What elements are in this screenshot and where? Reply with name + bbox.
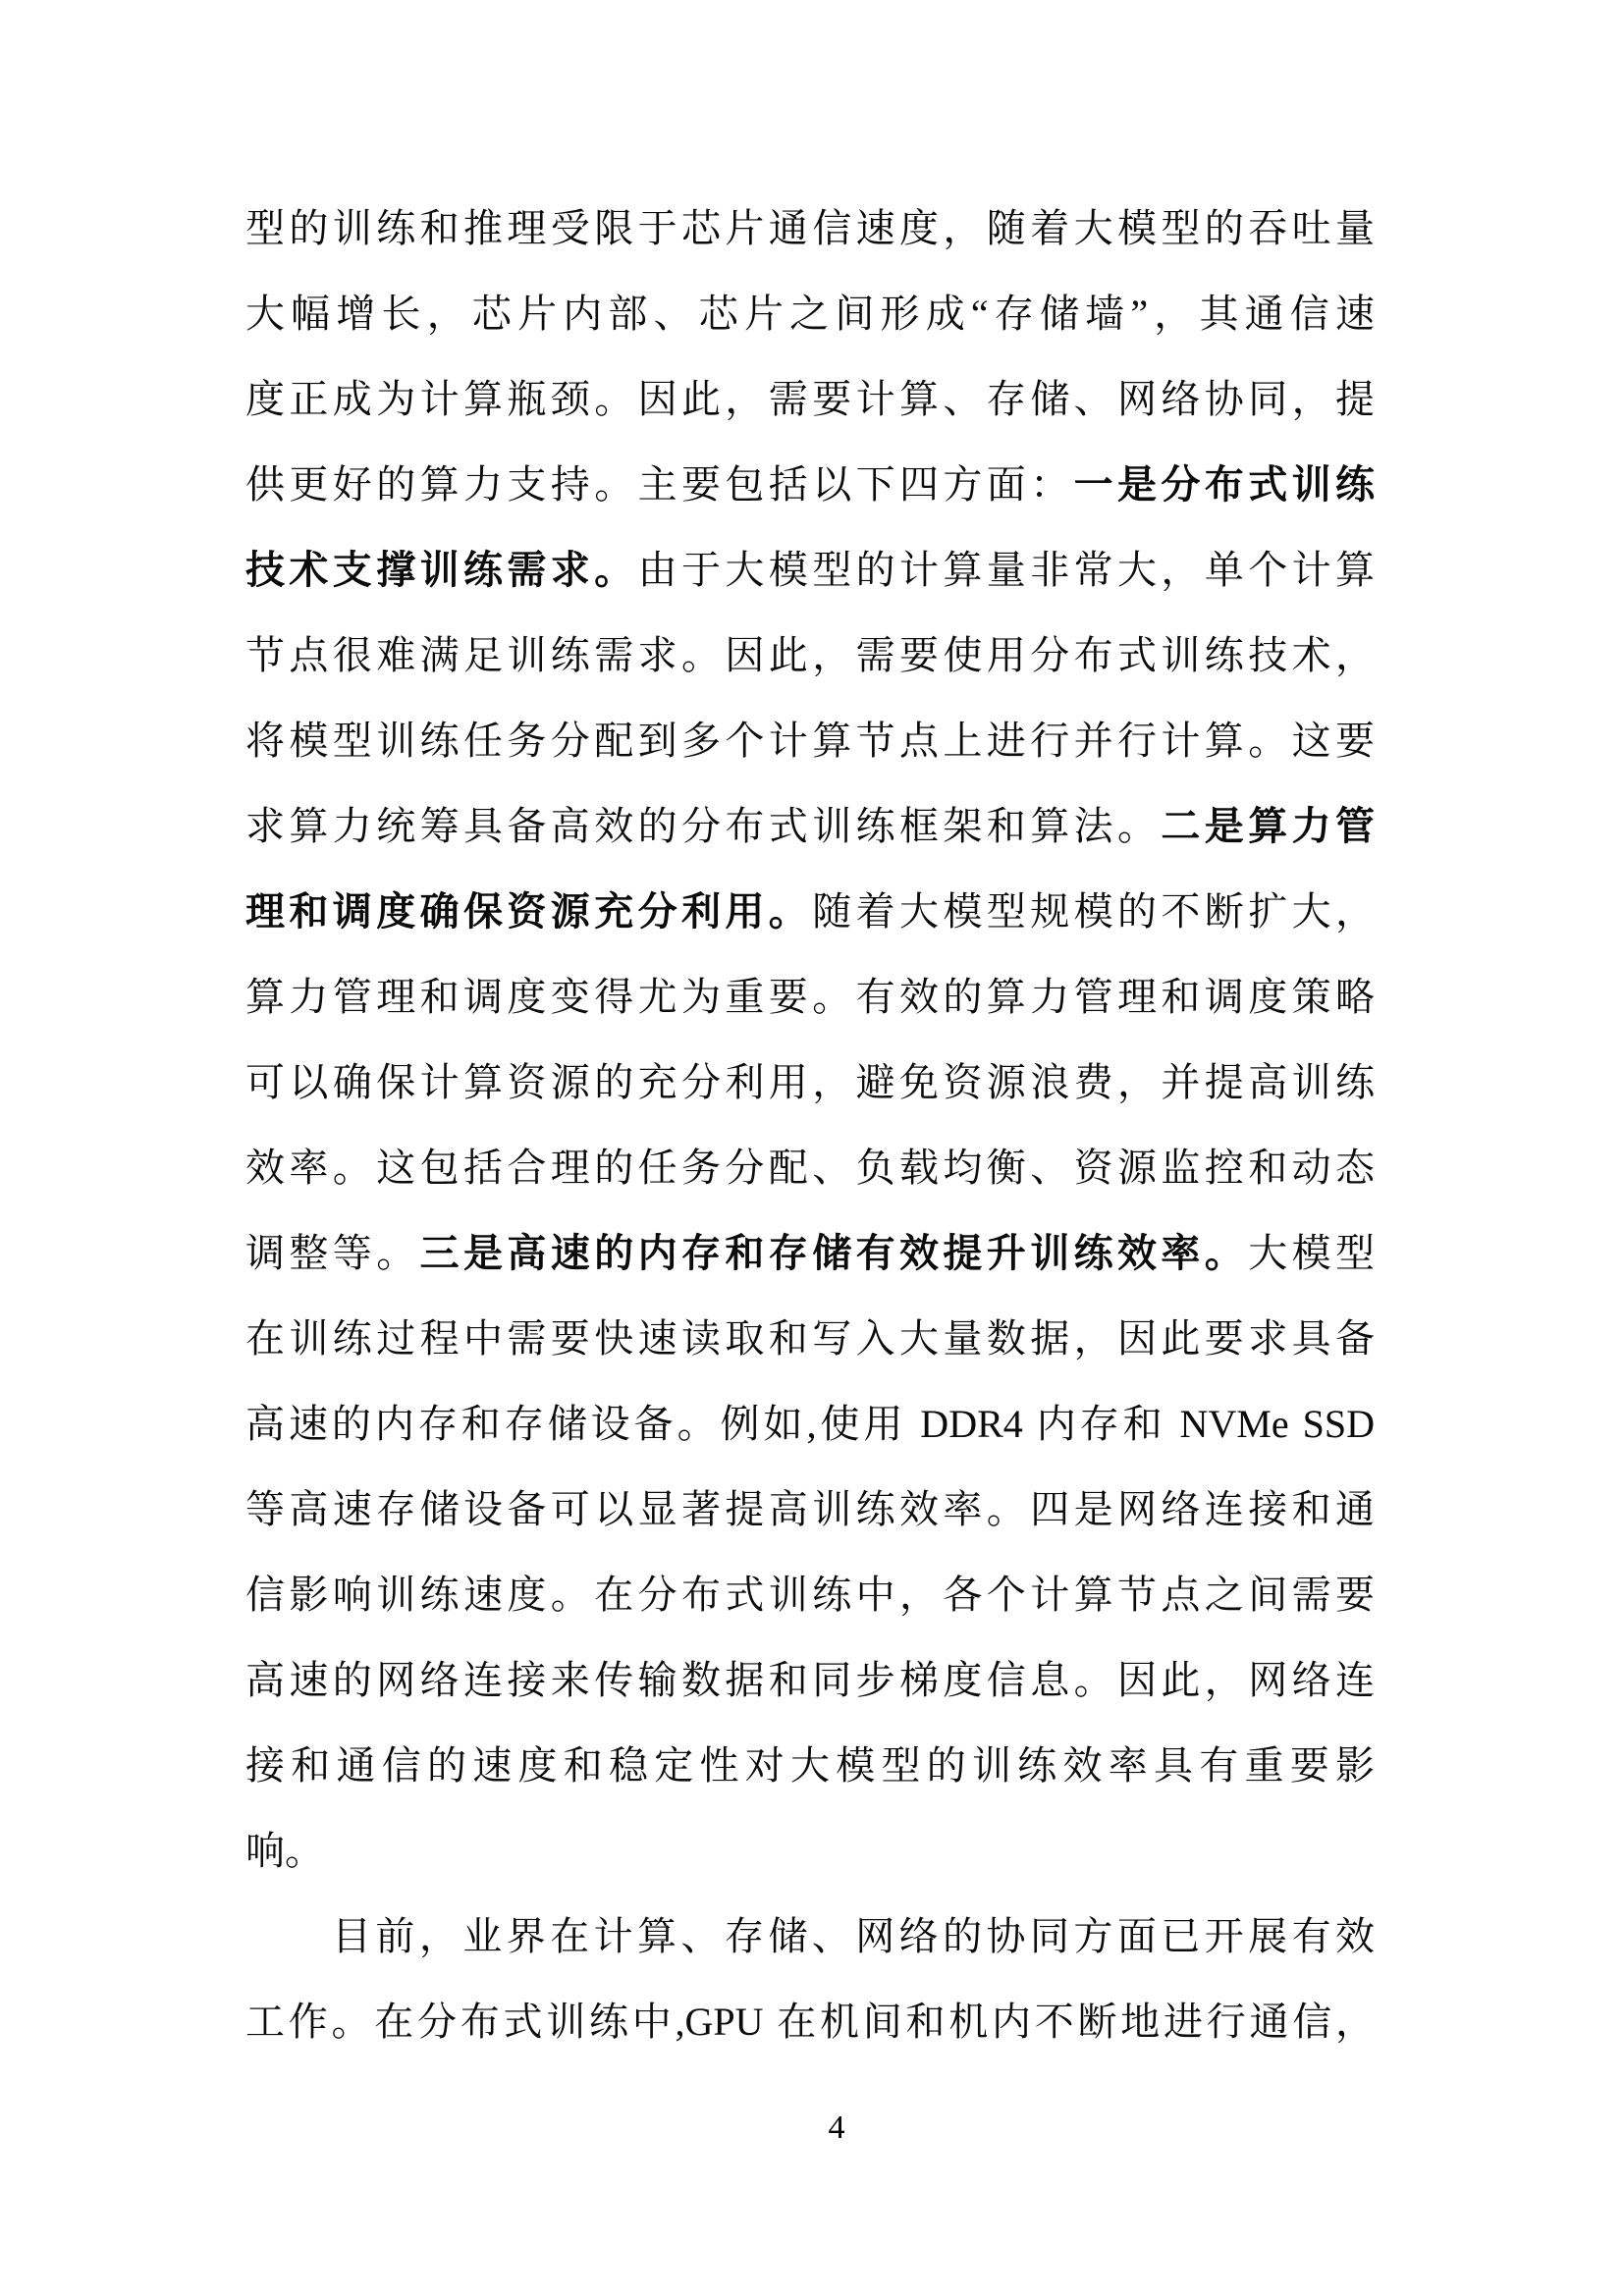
text-segment: 节点很难满足训练需求。因此，需要使用分布式训练技术， [245,633,1375,677]
text-line: 供更好的算力支持。主要包括以下四方面：一是分布式训练 [245,442,1375,527]
text-line: 型的训练和推理受限于芯片通信速度，随着大模型的吞吐量 [245,186,1375,271]
text-segment: 度正成为计算瓶颈。因此，需要计算、存储、网络协同，提 [245,377,1375,421]
text-segment: 在训练过程中需要快速读取和写入大量数据，因此要求具备 [245,1316,1375,1361]
text-segment: 将模型训练任务分配到多个计算节点上进行并行计算。这要 [245,719,1375,763]
text-line: 调整等。三是高速的内存和存储有效提升训练效率。大模型 [245,1210,1375,1296]
text-line: 将模型训练任务分配到多个计算节点上进行并行计算。这要 [245,698,1375,783]
text-segment: 效率。这包括合理的任务分配、负载均衡、资源监控和动态 [245,1146,1375,1190]
bold-text-segment: 技术支撑训练需求。 [245,549,638,592]
text-line: 求算力统筹具备高效的分布式训练框架和算法。二是算力管 [245,783,1375,869]
text-segment: 工作。在分布式训练中,GPU 在机间和机内不断地进行通信， [245,2000,1375,2044]
text-segment: 信影响训练速度。在分布式训练中，各个计算节点之间需要 [245,1573,1375,1617]
bold-text-segment: 一是分布式训练 [1074,463,1375,507]
text-segment: 目前，业界在计算、存储、网络的协同方面已开展有效 [332,1914,1375,1958]
document-text-body: 型的训练和推理受限于芯片通信速度，随着大模型的吞吐量大幅增长，芯片内部、芯片之间… [245,186,1375,2064]
text-line: 高速的网络连接来传输数据和同步梯度信息。因此，网络连 [245,1637,1375,1723]
text-segment: 供更好的算力支持。主要包括以下四方面： [245,462,1074,507]
document-page: 型的训练和推理受限于芯片通信速度，随着大模型的吞吐量大幅增长，芯片内部、芯片之间… [0,0,1624,2296]
text-segment: 大幅增长，芯片内部、芯片之间形成“存储墙”，其通信速 [245,292,1375,336]
text-line: 大幅增长，芯片内部、芯片之间形成“存储墙”，其通信速 [245,271,1375,356]
text-segment: 随着大模型规模的不断扩大， [812,889,1375,934]
text-line: 度正成为计算瓶颈。因此，需要计算、存储、网络协同，提 [245,356,1375,442]
text-segment: 接和通信的速度和稳定性对大模型的训练效率具有重要影 [245,1743,1375,1788]
text-segment: 算力管理和调度变得尤为重要。有效的算力管理和调度策略 [245,975,1375,1019]
text-segment: 大模型 [1248,1231,1375,1275]
text-line: 在训练过程中需要快速读取和写入大量数据，因此要求具备 [245,1296,1375,1381]
text-line: 目前，业界在计算、存储、网络的协同方面已开展有效 [245,1894,1375,1979]
text-segment: 求算力统筹具备高效的分布式训练框架和算法。 [245,804,1161,848]
text-segment: 等高速存储设备可以显著提高训练效率。四是网络连接和通 [245,1487,1375,1531]
text-line: 理和调度确保资源充分利用。随着大模型规模的不断扩大， [245,869,1375,954]
bold-text-segment: 二是算力管 [1161,805,1375,848]
text-line: 算力管理和调度变得尤为重要。有效的算力管理和调度策略 [245,954,1375,1040]
text-segment: 高速的网络连接来传输数据和同步梯度信息。因此，网络连 [245,1658,1375,1702]
text-line: 接和通信的速度和稳定性对大模型的训练效率具有重要影 [245,1723,1375,1808]
text-segment: 调整等。 [245,1231,420,1275]
text-line: 响。 [245,1808,1375,1894]
text-line: 节点很难满足训练需求。因此，需要使用分布式训练技术， [245,613,1375,698]
text-line: 高速的内存和存储设备。例如,使用 DDR4 内存和 NVMe SSD [245,1381,1375,1467]
text-line: 效率。这包括合理的任务分配、负载均衡、资源监控和动态 [245,1125,1375,1210]
text-segment: 可以确保计算资源的充分利用，避免资源浪费，并提高训练 [245,1060,1375,1104]
text-segment: 由于大模型的计算量非常大，单个计算 [638,548,1375,592]
text-line: 信影响训练速度。在分布式训练中，各个计算节点之间需要 [245,1552,1375,1637]
page-number: 4 [25,2107,1624,2150]
text-line: 可以确保计算资源的充分利用，避免资源浪费，并提高训练 [245,1040,1375,1125]
bold-text-segment: 三是高速的内存和存储有效提升训练效率。 [420,1232,1249,1275]
text-line: 工作。在分布式训练中,GPU 在机间和机内不断地进行通信， [245,1979,1375,2064]
text-segment: 响。 [245,1829,324,1873]
text-segment: 型的训练和推理受限于芯片通信速度，随着大模型的吞吐量 [245,206,1375,250]
text-line: 等高速存储设备可以显著提高训练效率。四是网络连接和通 [245,1467,1375,1552]
text-segment: 高速的内存和存储设备。例如,使用 DDR4 内存和 NVMe SSD [245,1402,1375,1446]
bold-text-segment: 理和调度确保资源充分利用。 [245,890,812,934]
text-line: 技术支撑训练需求。由于大模型的计算量非常大，单个计算 [245,527,1375,613]
